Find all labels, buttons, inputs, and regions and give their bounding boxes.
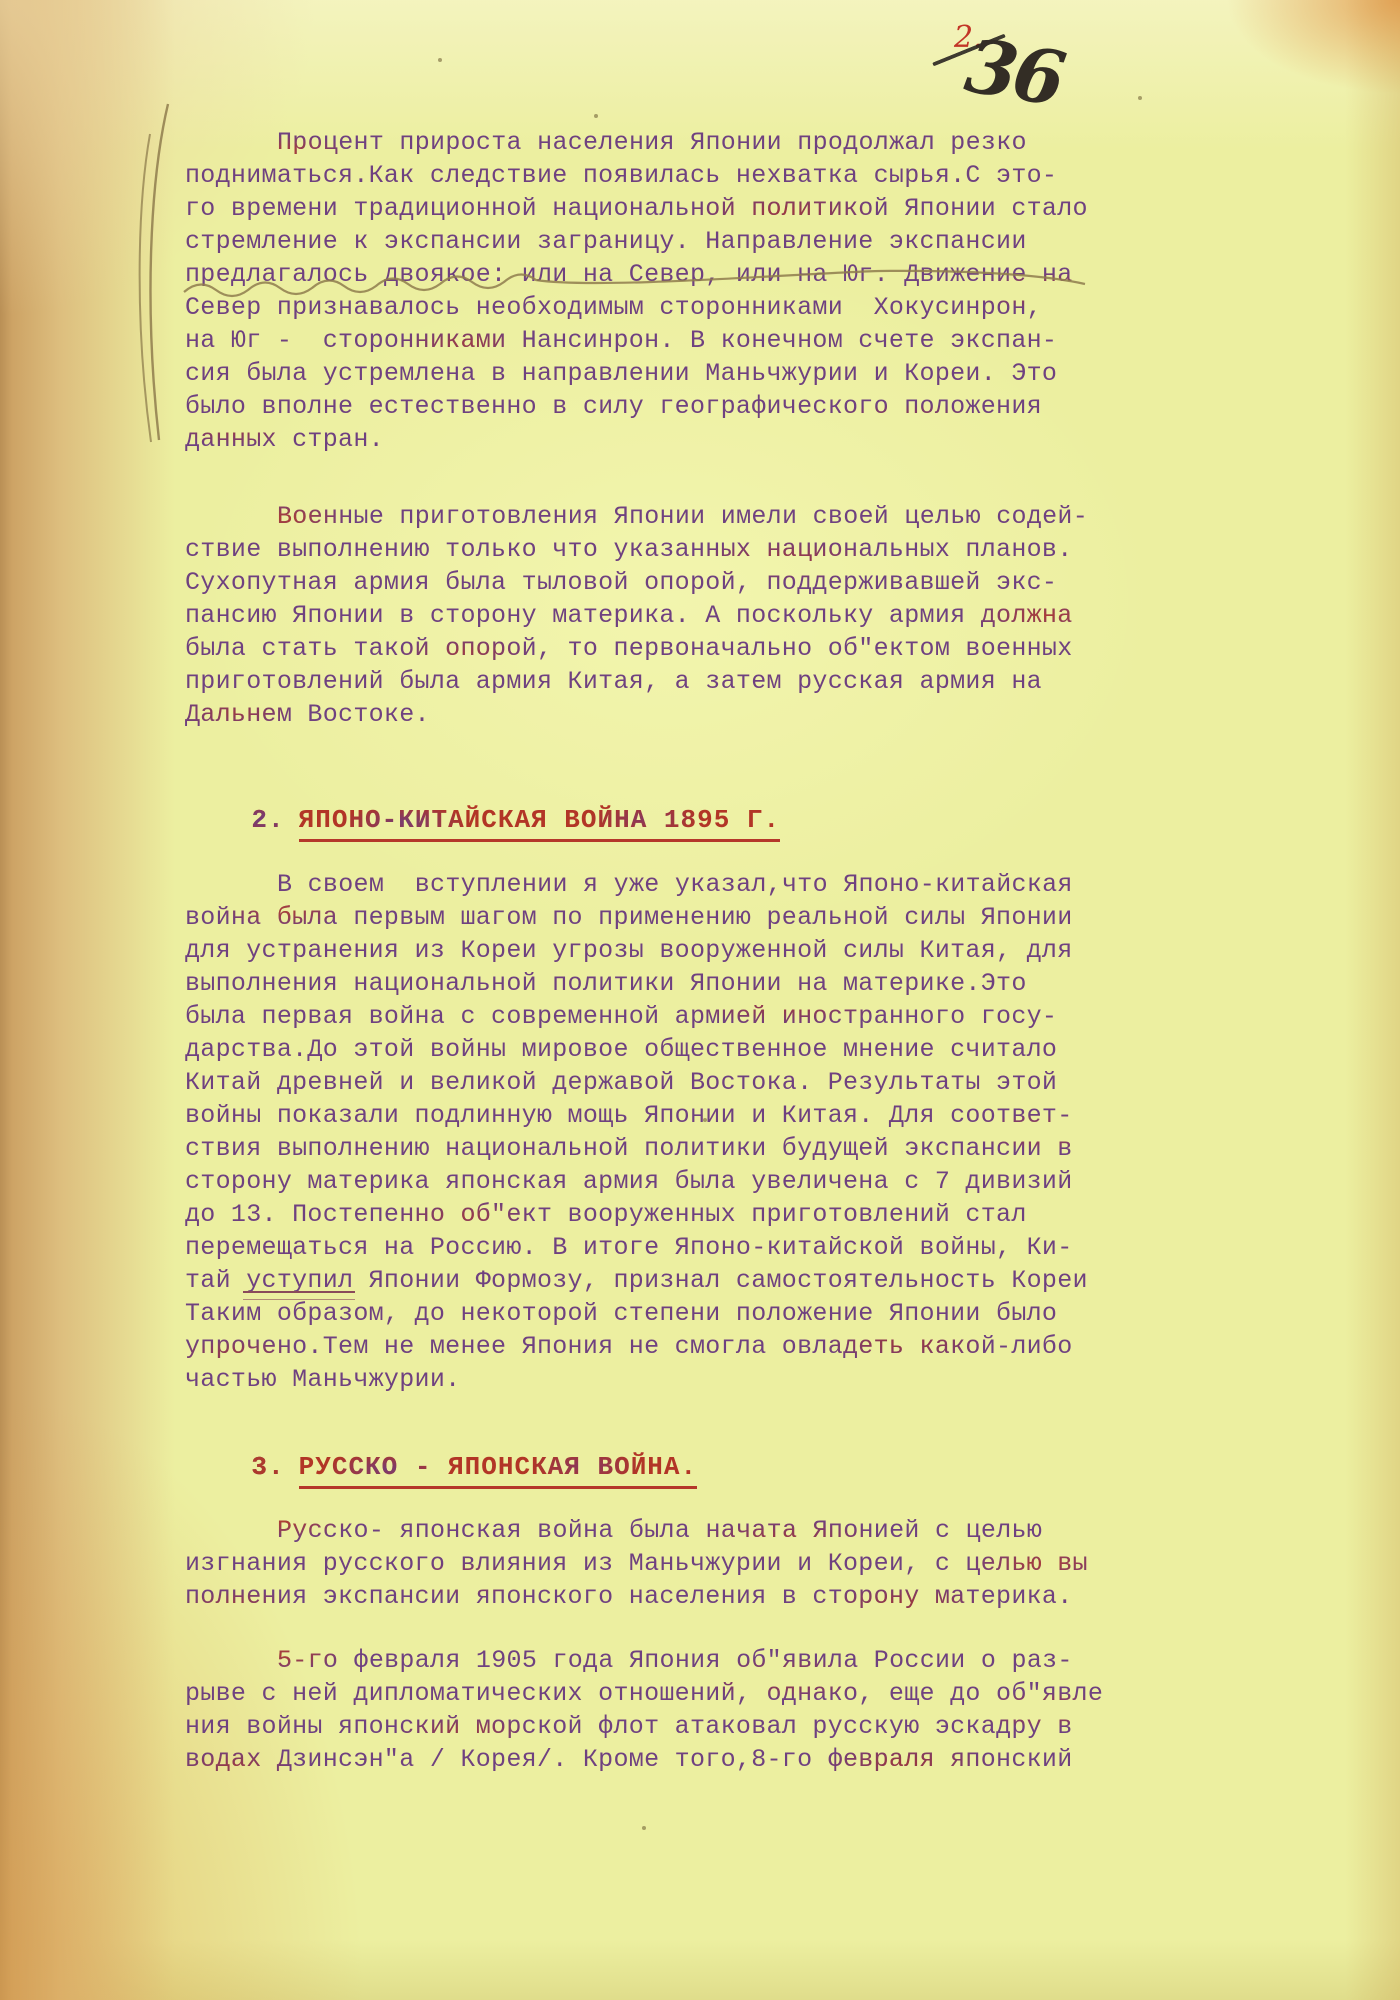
section-title: ЯПОНО-КИТАЙСКАЯ ВОЙНА 1895 Г.: [299, 805, 780, 842]
text-line: Процент прироста населения Японии продол…: [185, 126, 1185, 159]
text-line: сторону материка японская армия была уве…: [185, 1165, 1185, 1198]
text-line: война была первым шагом по применению ре…: [185, 901, 1185, 934]
handwritten-page-number: 36: [960, 23, 1067, 123]
text-line: дарства.До этой войны мировое общественн…: [185, 1033, 1185, 1066]
text-line: ствие выполнению только что указанных на…: [185, 533, 1185, 566]
text-line: частью Маньчжурии.: [185, 1363, 1185, 1396]
text-line: упрочено.Тем не менее Япония не смогла о…: [185, 1330, 1185, 1363]
text-line: водах Дзинсэн"а / Корея/. Кроме того,8-г…: [185, 1743, 1185, 1776]
paper-speck: [1138, 96, 1142, 100]
text-line: выполнения национальной политики Японии …: [185, 967, 1185, 1000]
text-line: 5-го февраля 1905 года Япония об"явила Р…: [185, 1644, 1185, 1677]
paper-speck: [594, 114, 598, 118]
text-line: данных стран.: [185, 423, 1185, 456]
section-heading-3: 3.РУССКО - ЯПОНСКАЯ ВОЙНА.: [185, 1422, 697, 1512]
page-corner-annotations: 2. 36: [928, 14, 1118, 144]
text-line: Таким образом, до некоторой степени поло…: [185, 1297, 1185, 1330]
text-line: на Юг - сторонниками Нансинрон. В конечн…: [185, 324, 1185, 357]
section-heading-2: 2.ЯПОНО-КИТАЙСКАЯ ВОЙНА 1895 Г.: [185, 775, 780, 865]
paragraph-5: 5-го февраля 1905 года Япония об"явила Р…: [185, 1644, 1185, 1776]
pencil-margin-marks: [128, 102, 184, 447]
text-line: приготовлений была армия Китая, а затем …: [185, 665, 1185, 698]
paper-speck: [703, 1118, 707, 1122]
wavy-underline-mark: [180, 262, 1100, 308]
text-line: была стать такой опорой, то первоначальн…: [185, 632, 1185, 665]
paragraph-2: Военные приготовления Японии имели своей…: [185, 500, 1185, 731]
section-number: 2.: [251, 805, 284, 835]
text-line: полнения экспансии японского населения в…: [185, 1580, 1185, 1613]
word-underline-mark: [243, 1291, 355, 1300]
paragraph-3: В своем вступлении я уже указал,что Япон…: [185, 868, 1185, 1396]
text-line: Военные приготовления Японии имели своей…: [185, 500, 1185, 533]
text-line: рыве с ней дипломатических отношений, од…: [185, 1677, 1185, 1710]
text-line: В своем вступлении я уже указал,что Япон…: [185, 868, 1185, 901]
text-line: ствия выполнению национальной политики б…: [185, 1132, 1185, 1165]
paper-speck: [642, 1826, 646, 1830]
paper-speck: [438, 58, 442, 62]
text-line: сия была устремлена в направлении Маньчж…: [185, 357, 1185, 390]
text-line: изгнания русского влияния из Маньчжурии …: [185, 1547, 1185, 1580]
text-line: Дальнем Востоке.: [185, 698, 1185, 731]
text-line: стремление к экспансии заграницу. Направ…: [185, 225, 1185, 258]
section-number: 3.: [251, 1452, 284, 1482]
text-line: для устранения из Кореи угрозы вооруженн…: [185, 934, 1185, 967]
text-line: подниматься.Как следствие появилась нехв…: [185, 159, 1185, 192]
text-line: Китай древней и великой державой Востока…: [185, 1066, 1185, 1099]
text-line: войны показали подлинную мощь Японии и К…: [185, 1099, 1185, 1132]
text-line: было вполне естественно в силу географич…: [185, 390, 1185, 423]
section-title: РУССКО - ЯПОНСКАЯ ВОЙНА.: [299, 1452, 697, 1489]
text-line: была первая война с современной армией и…: [185, 1000, 1185, 1033]
text-line: Сухопутная армия была тыловой опорой, по…: [185, 566, 1185, 599]
paragraph-4: Русско- японская война была начата Япони…: [185, 1514, 1185, 1613]
text-line: перемещаться на Россию. В итоге Японо-ки…: [185, 1231, 1185, 1264]
text-line: го времени традиционной национальной пол…: [185, 192, 1185, 225]
text-line: ния войны японский морской флот атаковал…: [185, 1710, 1185, 1743]
text-line: пансию Японии в сторону материка. А поск…: [185, 599, 1185, 632]
text-line: до 13. Постепенно об"ект вооруженных при…: [185, 1198, 1185, 1231]
text-line: Русско- японская война была начата Япони…: [185, 1514, 1185, 1547]
document-page: 2. 36 Процент прироста населения Японии …: [0, 0, 1400, 2000]
